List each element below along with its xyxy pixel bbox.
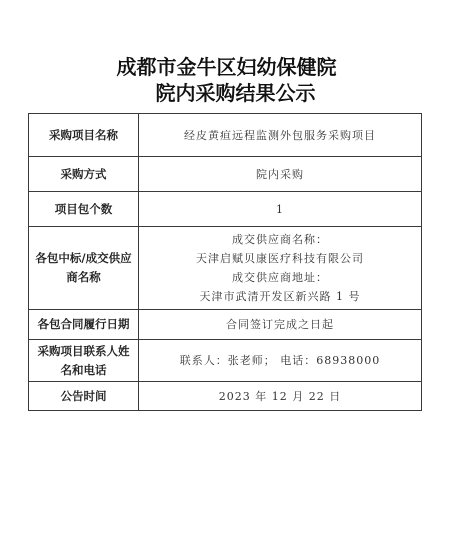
label-announcement-date: 公告时间 [29,382,139,411]
label-contact-line2: 名和电话 [31,361,136,380]
value-announcement-date: 2023 年 12 月 22 日 [139,382,422,411]
supplier-name: 天津启赋贝康医疗科技有限公司 [141,249,419,268]
table-row-contact: 采购项目联系人姓 名和电话 联系人：张老师； 电话：68938000 [29,340,422,382]
table-row-contract-period: 各包合同履行日期 合同签订完成之日起 [29,310,422,340]
supplier-name-heading: 成交供应商名称： [141,230,419,249]
label-winning-supplier-line1: 各包中标/成交供应 [31,249,136,268]
value-winning-supplier: 成交供应商名称： 天津启赋贝康医疗科技有限公司 成交供应商地址： 天津市武清开发… [139,227,422,310]
supplier-address: 天津市武清开发区新兴路 1 号 [141,287,419,306]
title-hospital-name: 成都市金牛区妇幼保健院 [0,54,457,80]
label-package-count: 项目包个数 [29,192,139,227]
document-title: 成都市金牛区妇幼保健院 院内采购结果公示 [0,54,457,106]
value-package-count: 1 [139,192,422,227]
supplier-address-heading: 成交供应商地址： [141,268,419,287]
label-contact: 采购项目联系人姓 名和电话 [29,340,139,382]
value-contract-period: 合同签订完成之日起 [139,310,422,340]
label-procurement-method: 采购方式 [29,157,139,192]
value-procurement-method: 院内采购 [139,157,422,192]
label-project-name: 采购项目名称 [29,114,139,157]
table-row-winning-supplier: 各包中标/成交供应 商名称 成交供应商名称： 天津启赋贝康医疗科技有限公司 成交… [29,227,422,310]
label-contact-line1: 采购项目联系人姓 [31,342,136,361]
title-announcement: 院内采购结果公示 [14,80,457,106]
table-row-project-name: 采购项目名称 经皮黄疸远程监测外包服务采购项目 [29,114,422,157]
value-project-name: 经皮黄疸远程监测外包服务采购项目 [139,114,422,157]
label-contract-period: 各包合同履行日期 [29,310,139,340]
procurement-result-table: 采购项目名称 经皮黄疸远程监测外包服务采购项目 采购方式 院内采购 项目包个数 … [28,113,422,411]
table-row-procurement-method: 采购方式 院内采购 [29,157,422,192]
label-winning-supplier-line2: 商名称 [31,268,136,287]
table-row-package-count: 项目包个数 1 [29,192,422,227]
value-contact: 联系人：张老师； 电话：68938000 [139,340,422,382]
label-winning-supplier: 各包中标/成交供应 商名称 [29,227,139,310]
table-row-announcement-date: 公告时间 2023 年 12 月 22 日 [29,382,422,411]
